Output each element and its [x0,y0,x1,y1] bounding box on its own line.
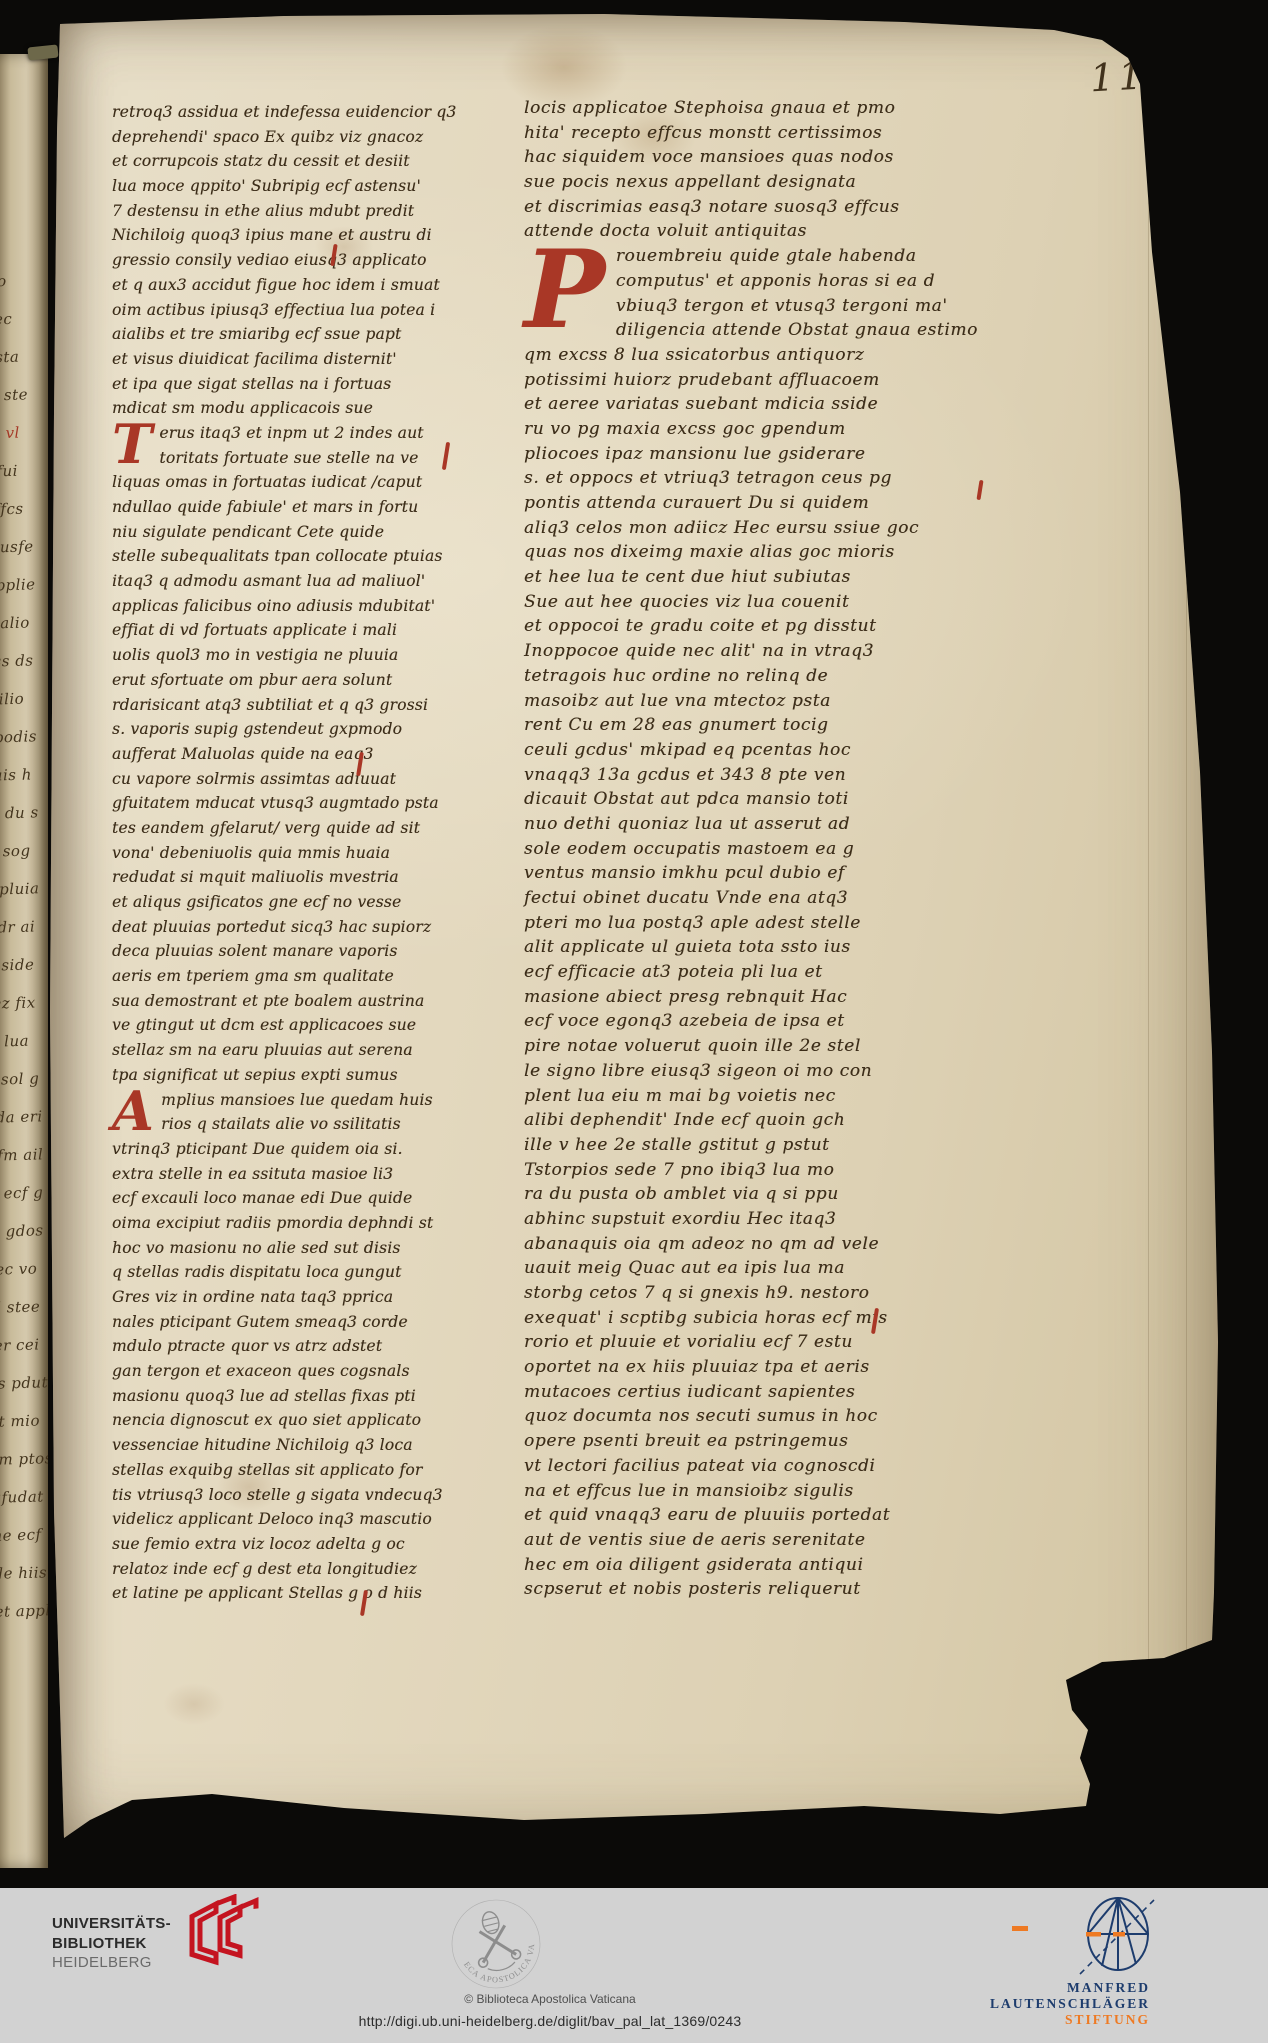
manuscript-text-line: vtrinq3 pticipant Due quidem oia si. [112,1137,518,1162]
manuscript-text-line: rios q stailats alie vo ssilitatis [112,1112,518,1137]
facing-page-fragment: quos ste [0,375,39,415]
manuscript-text-line: et hee lua te cent due hiut subiutas [524,565,1124,590]
manuscript-paragraph: Amplius mansioes lue quedam huisrios q s… [112,1088,518,1606]
mls-wordmark-line2: LAUTENSCHLÄGER [940,1996,1150,2012]
facing-page-fragment: g gss ds [0,641,47,681]
manuscript-text-line: et q aux3 accidut figue hoc idem i smuat [112,273,518,298]
manuscript-text-line: itaq3 q admodu asmant lua ad maliuol' [112,569,518,594]
manuscript-text-line: et oppocoi te gradu coite et pg disstut [524,614,1124,639]
manuscript-text-line: rent Cu em 28 eas gnumert tocig [524,713,1124,738]
facing-page-fragment: vnde vl [0,413,40,453]
manuscript-text-line: dicauit Obstat aut pdca mansio toti [524,787,1124,812]
manuscript-text-line: sole eodem occupatis mastoem ea g [524,837,1124,862]
manuscript-text-line: aialibs et tre smiaribg ecf ssue papt [112,322,518,347]
facing-page-fragment: et mio [0,1401,48,1441]
manuscript-text-line: sue femio extra viz locoz adelta g oc [112,1532,518,1557]
manuscript-paragraph: retroq3 assidua et indefessa euidencior … [112,100,518,421]
manuscript-text-line: redudat si mquit maliuolis mvestria [112,865,518,890]
manuscript-text-line: ndullao quide fabiule' et mars in fortu [112,495,518,520]
manuscript-text-line: 7 destensu in ethe alius mdubt predit [112,199,518,224]
manuscript-text-line: retroq3 assidua et indefessa euidencior … [112,100,518,125]
manuscript-page: 117 retroq3 assidua et indefessa euidenc… [44,12,1226,1862]
manuscript-text-line: exequat' i scptibg subicia horas ecf mis [524,1306,1124,1331]
copyright-notice: © Biblioteca Apostolica Vaticana [330,1992,770,2006]
manuscript-text-line: hoc vo masionu no alie sed sut disis [112,1236,518,1261]
manuscript-text-line: potissimi huiorz prudebant affluacoem [524,368,1124,393]
ub-heidelberg-wordmark: UNIVERSITÄTS- BIBLIOTHEK HEIDELBERG [52,1914,171,1973]
facing-page-fragment: hec vo [0,1249,48,1289]
manuscript-text-line: stellaz sm na earu pluuias aut serena [112,1038,518,1063]
right-text-column: locis applicatoe Stephoisa gnaua et pmoh… [524,96,1124,1602]
facing-page-fragment: p fm ail [0,1135,48,1175]
manuscript-text-line: attende docta voluit antiquitas [524,219,1124,244]
facing-page-fragment: qd lua [0,1021,48,1061]
manuscript-text-line: applicas falicibus oino adiusis mdubitat… [112,594,518,619]
ub-wordmark-line2: BIBLIOTHEK [52,1934,171,1954]
manuscript-text-line: uolis quol3 mo in vestigia ne pluuia [112,643,518,668]
manuscript-text-line: ecf efficacie at3 poteia pli lua et [524,960,1124,985]
manuscript-text-line: oima excipiut radiis pmordia dephndi st [112,1211,518,1236]
manuscript-text-line: ra du pusta ob amblet via q si ppu [524,1182,1124,1207]
manuscript-text-line: stellas exquibg stellas sit applicato fo… [112,1458,518,1483]
manuscript-text-line: et aeree variatas suebant mdicia sside [524,392,1124,417]
folio-number: 117 [1089,52,1181,101]
manuscript-text-line: et discrimias easq3 notare suosq3 effcus [524,195,1124,220]
manuscript-paragraph: locis applicatoe Stephoisa gnaua et pmoh… [524,96,1124,244]
manuscript-text-line: et aliqus gsificatos gne ecf no vesse [112,890,518,915]
manuscript-text-line: gfuitatem mducat vtusq3 augmtado psta [112,791,518,816]
vatican-library-seal-icon: BIBLIOTECA APOSTOLICA VATICANA [435,1883,556,2004]
manuscript-text-line: vbiuq3 tergon et vtusq3 tergoni ma' [524,294,1124,319]
manuscript-text-line: et quid vnaqq3 earu de pluuiis portedat [524,1503,1124,1528]
image-credits: © Biblioteca Apostolica Vaticana http://… [330,1992,770,2029]
facing-page-fragment: pud sta [0,337,38,377]
manuscript-text-line: nales pticipant Gutem smeaq3 corde [112,1310,518,1335]
facing-page-fragment: st applie [0,565,44,605]
manuscript-text-line: niu sigulate pendicant Cete quide [112,520,518,545]
manuscript-text-line: erut sfortuate om pbur aera solunt [112,668,518,693]
rubricated-initial: P [524,244,606,342]
manuscript-paragraph: Prouembreiu quide gtale habendacomputus'… [524,244,1124,1602]
facing-page-fragment: de hiis [0,1553,48,1593]
manuscript-text-line: rdarisicant atq3 subtiliat et q q3 gross… [112,693,518,718]
manuscript-text-line: nencia dignoscut ex quo siet applicato [112,1408,518,1433]
manuscript-text-line: uauit meig Quac aut ea ipis lua ma [524,1256,1124,1281]
facing-page-fragment: g dousfe [0,527,43,567]
manuscript-text-line: et ipa que sigat stellas na i fortuas [112,372,518,397]
facing-page-fragment: rn dalio [0,603,45,643]
manuscript-text-line: Sue aut hee quocies viz lua couenit [524,590,1124,615]
manuscript-text-line: pire notae voluerut quoin ille 2e stel [524,1034,1124,1059]
manuscript-text-line: hec em oia diligent gsiderata antiqui [524,1553,1124,1578]
manuscript-text-line: computus' et apponis horas si ea d [524,269,1124,294]
manuscript-text-line: sue pocis nexus appellant designata [524,170,1124,195]
manuscript-text-line: ventus mansio imkhu pcul dubio ef [524,861,1124,886]
manuscript-text-line: hita' recepto effcus monstt certissimos [524,121,1124,146]
manuscript-text-line: aut de ventis siue de aeris serenitate [524,1528,1124,1553]
left-text-column: retroq3 assidua et indefessa euidencior … [112,100,518,1606]
manuscript-text-line: pontis attenda curauert Du si quidem [524,491,1124,516]
manuscript-text-line: mdicat sm modu applicacois sue [112,396,518,421]
manuscript-text-line: ru vo pg maxia excss goc gpendum [524,417,1124,442]
facing-page-fragment: ter cei [0,1325,48,1365]
manuscript-text-line: tes eandem gfelarut/ verg quide ad sit [112,816,518,841]
ub-heidelberg-book-icon [158,1894,282,1976]
manuscript-text-line: et visus diuidicat facilima disternit' [112,347,518,372]
manuscript-text-line: rouembreiu quide gtale habenda [524,244,1124,269]
facing-page-fragment: tt g fui [0,451,41,491]
parchment-crease [1186,42,1187,1802]
facing-page-fragment: me sog [0,831,48,871]
manuscript-text-line: Gres viz in ordine nata taq3 pprica [112,1285,518,1310]
manuscript-text-line: tpa significat ut sepius expti sumus [112,1063,518,1088]
manuscript-text-line: ceuli gcdus' mkipad eq pcentas hoc [524,738,1124,763]
facing-page-fragment: et applt [0,1591,48,1631]
manuscript-text-line: s. et oppocs et vtriuq3 tetragon ceus pg [524,466,1124,491]
library-footer: UNIVERSITÄTS- BIBLIOTHEK HEIDELBERG [0,1888,1268,2043]
source-url: http://digi.ub.uni-heidelberg.de/diglit/… [330,2013,770,2029]
facing-page-fragment: ul ecf g [0,1173,48,1213]
facing-page-fragment: ne ecf [0,1515,48,1555]
manuscript-text-line: q stellas radis dispitatu loca gungut [112,1260,518,1285]
facing-page-edge: hic dolla hecpud staquos stevnde vltt g … [0,54,48,1868]
facing-page-fragment: qs podis [0,717,48,757]
manuscript-text-line: mutacoes certius iudicant sapientes [524,1380,1124,1405]
manuscript-text-line: scpserut et nobis posteris reliquerut [524,1577,1124,1602]
manuscript-text-line: aliq3 celos mon adiicz Hec eursu ssiue g… [524,516,1124,541]
manuscript-text-line: diligencia attende Obstat gnaua estimo [524,318,1124,343]
manuscript-text-line: Inoppocoe quide nec alit' na in vtraq3 [524,639,1124,664]
manuscript-text-line: vessenciae hitudine Nichiloig q3 loca [112,1433,518,1458]
manuscript-text-line: videlicz applicant Deloco inq3 mascutio [112,1507,518,1532]
manuscript-text-line: plent lua eiu m mai bg voietis nec [524,1084,1124,1109]
manuscript-text-line: oportet na ex hiis pluuiaz tpa et aeris [524,1355,1124,1380]
manuscript-text-line: Nichiloig quoq3 ipius mane et austru di [112,223,518,248]
vatican-seal-circular-text: BIBLIOTECA APOSTOLICA VATICANA [457,1928,543,1993]
mls-wordmark-line3: STIFTUNG [940,2012,1150,2028]
rubricated-initial: A [112,1088,154,1137]
facing-page-fragment: sm ptos [0,1439,48,1479]
manuscript-text-line: vnaqq3 13a gcdus et 343 8 pte ven [524,763,1124,788]
manuscript-text-line: toritats fortuate sue stelle na ve [112,446,518,471]
manuscript-text-line: effiat di vd fortuats applicate i mali [112,618,518,643]
manuscript-text-line: alit applicate ul guieta tota ssto ius [524,935,1124,960]
manuscript-text-line: deat pluuias portedut sicq3 hac supiorz [112,915,518,940]
manuscript-text-line: lua moce qppito' Subripig ecf astensu' [112,174,518,199]
manuscript-text-line: cu vapore solrmis assimtas adiuuat [112,767,518,792]
manuscript-text-line: alibi dephendit' Inde ecf quoin gch [524,1108,1124,1133]
manuscript-text-line: s. vaporis supig gstendeut gxpmodo [112,717,518,742]
manuscript-text-line: pteri mo lua postq3 aple adest stelle [524,911,1124,936]
manuscript-text-line: deca pluuias solent manare vaporis [112,939,518,964]
facing-page-fragment: stez fix [0,983,48,1023]
manuscript-text-line: abhinc supstuit exordiu Hec itaq3 [524,1207,1124,1232]
manuscript-text-line: le signo libre eiusq3 sigeon oi mo con [524,1059,1124,1084]
facing-page-fragment: et sol g [0,1059,48,1099]
facing-page-fragment: ut dr ai [0,907,48,947]
scanned-manuscript-photograph: hic dolla hecpud staquos stevnde vltt g … [0,0,1268,2043]
manuscript-paragraph: Terus itaq3 et inpm ut 2 indes auttorita… [112,421,518,1088]
manuscript-text-line: vt lectori facilius pateat via cognoscdi [524,1454,1124,1479]
manuscript-text-line: erus itaq3 et inpm ut 2 indes aut [112,421,518,446]
manuscript-text-line: liquas omas in fortuatas iudicat /caput [112,470,518,495]
manuscript-text-line: gressio consily vediao eiusq3 applicato [112,248,518,273]
facing-page-fragment: os pdut [0,1363,48,1403]
facing-page-fragment: ql stee [0,1287,48,1327]
manuscript-text-line: vona' debeniuolis quia mmis huaia [112,841,518,866]
manuscript-text-line: et latine pe applicant Stellas g o d hii… [112,1581,518,1606]
manuscript-text-line: ille v hee 2e stalle gstitut g pstut [524,1133,1124,1158]
mls-globe-icon [1074,1892,1158,1980]
facing-page-fragment: ffuais h [0,755,48,795]
manuscript-text-line: gan tergon et exaceon ques cogsnals [112,1359,518,1384]
manuscript-text-line: hac siquidem voce mansioes quas nodos [524,145,1124,170]
facing-page-fragment: ss gdos [0,1211,48,1251]
manuscript-text-line: masoibz aut lue vna mtectoz psta [524,689,1124,714]
facing-page-fragment: hic do [0,261,36,301]
manuscript-text-line: ecf excauli loco manae edi Due quide [112,1186,518,1211]
mls-wordmark: MANFRED LAUTENSCHLÄGER STIFTUNG [940,1980,1150,2028]
manuscript-text-line: mdulo ptracte quor vs atrz adstet [112,1334,518,1359]
manuscript-text-line: extra stelle in ea ssituta masioe li3 [112,1162,518,1187]
manuscript-text-line: tetragois huc ordine no relinq de [524,664,1124,689]
facing-page-fragment: et effcs [0,489,42,529]
manuscript-text-line: aeris em tperiem gma sm qualitate [112,964,518,989]
manuscript-text-line: quoz documta nos secuti sumus in hoc [524,1404,1124,1429]
manuscript-text-line: rorio et pluuie et vorialiu ecf 7 estu [524,1330,1124,1355]
manuscript-text-line: deprehendi' spaco Ex quibz viz gnacoz [112,125,518,150]
manuscript-text-line: stelle subequalitats tpan collocate ptui… [112,544,518,569]
manuscript-text-line: sua demostrant et pte boalem austrina [112,989,518,1014]
manuscript-text-line: aufferat Maluolas quide na eaq3 [112,742,518,767]
manuscript-text-line: fectui obinet ducatu Vnde ena atq3 [524,886,1124,911]
facing-page-fragment: mda eri [0,1097,48,1137]
manuscript-text-line: ecf voce egonq3 azebeia de ipsa et [524,1009,1124,1034]
parchment-crease [1148,72,1149,1802]
facing-page-fragment: papilio [0,679,48,719]
manuscript-text-line: tis vtriusq3 loco stelle g sigata vndecu… [112,1483,518,1508]
manuscript-text-line: locis applicatoe Stephoisa gnaua et pmo [524,96,1124,121]
manuscript-text-line: mplius mansioes lue quedam huis [112,1088,518,1113]
manuscript-text-line: na et effcus lue in mansioibz sigulis [524,1479,1124,1504]
manuscript-text-line: relatoz inde ecf g dest eta longitudiez [112,1557,518,1582]
facing-page-fragment: lla hec [0,299,37,339]
facing-page-fragment: de pluia [0,869,48,909]
svg-text:BIBLIOTECA APOSTOLICA VATICANA: BIBLIOTECA APOSTOLICA VATICANA [457,1928,543,1993]
manuscript-text-line: opere psenti breuit ea pstringemus [524,1429,1124,1454]
manuscript-text-line: et corrupcois statz du cessit et desiit [112,149,518,174]
manuscript-text-line: masione abiect presg rebnquit Hac [524,985,1124,1010]
manuscript-text-line: abanaquis oia qm adeoz no qm ad vele [524,1232,1124,1257]
manuscript-text-line: quas nos dixeimg maxie alias goc mioris [524,540,1124,565]
manuscript-text-line: storbg cetos 7 q si gnexis h9. nestoro [524,1281,1124,1306]
facing-page-fragment: gfudat [0,1477,48,1517]
facing-page-fragment: ga side [0,945,48,985]
manuscript-text-line: nuo dethi quoniaz lua ut asserut ad [524,812,1124,837]
mls-wordmark-line1: MANFRED [940,1980,1150,1996]
manuscript-text-line: qm excss 8 lua ssicatorbus antiquorz [524,343,1124,368]
mls-dash-icon [1012,1926,1028,1931]
ub-wordmark-line1: UNIVERSITÄTS- [52,1914,171,1934]
manuscript-text-line: Tstorpios sede 7 pno ibiq3 lua mo [524,1158,1124,1183]
manuscript-text-line: masionu quoq3 lue ad stellas fixas pti [112,1384,518,1409]
manuscript-text-line: oim actibus ipiusq3 effectiua lua potea … [112,298,518,323]
manuscript-text-line: pliocoes ipaz mansionu lue gsiderare [524,442,1124,467]
rubricated-initial: T [112,421,152,470]
facing-page-text-fragments: hic dolla hecpud staquos stevnde vltt g … [0,261,48,1631]
manuscript-text-line: ve gtingut ut dcm est applicacoes sue [112,1013,518,1038]
facing-page-fragment: hor du s [0,793,48,833]
binding-clasp [27,44,58,60]
ub-wordmark-line3: HEIDELBERG [52,1953,171,1973]
